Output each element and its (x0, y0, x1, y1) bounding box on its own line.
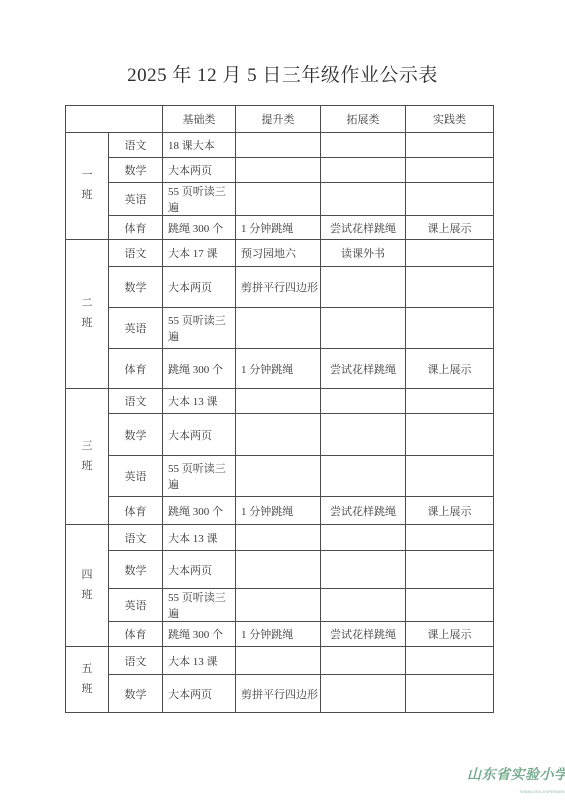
school-logo: 山东省实验小学 SHANDONG EXPERIMENTAL PRIMARY SC… (467, 769, 561, 789)
homework-cell: 读课外书 (321, 240, 406, 267)
subject-cell: 体育 (109, 622, 163, 647)
subject-cell: 数学 (109, 267, 163, 308)
table-row: 数学大本两页剪拼平行四边形 (66, 267, 494, 308)
subject-cell: 语文 (109, 240, 163, 267)
homework-cell (236, 158, 321, 183)
table-row: 体育跳绳 300 个1 分钟跳绳尝试花样跳绳课上展示 (66, 622, 494, 647)
subject-cell: 体育 (109, 497, 163, 525)
homework-cell: 大本两页 (163, 158, 236, 183)
homework-cell: 大本 13 课 (163, 525, 236, 551)
homework-cell (321, 133, 406, 158)
homework-cell (406, 183, 494, 216)
homework-cell: 18 课大本 (163, 133, 236, 158)
homework-cell (321, 158, 406, 183)
page-title: 2025 年 12 月 5 日三年级作业公示表 (0, 60, 565, 87)
homework-cell: 跳绳 300 个 (163, 497, 236, 525)
homework-cell (236, 308, 321, 349)
homework-cell: 55 页听读三遍 (163, 456, 236, 497)
homework-cell: 剪拼平行四边形 (236, 675, 321, 713)
school-name-en: SHANDONG EXPERIMENTAL PRIMARY SCHOOL (467, 784, 561, 789)
subject-cell: 数学 (109, 551, 163, 589)
homework-cell: 跳绳 300 个 (163, 622, 236, 647)
homework-cell (406, 525, 494, 551)
homework-cell: 课上展示 (406, 497, 494, 525)
homework-cell (406, 267, 494, 308)
table-row: 数学大本两页剪拼平行四边形 (66, 675, 494, 713)
homework-cell (406, 158, 494, 183)
homework-cell (406, 589, 494, 622)
homework-cell: 55 页听读三遍 (163, 589, 236, 622)
homework-cell (406, 389, 494, 414)
homework-cell: 大本两页 (163, 414, 236, 456)
homework-cell (406, 647, 494, 675)
homework-table: 基础类 提升类 拓展类 实践类 一 班语文18 课大本数学大本两页英语55 页听… (65, 105, 494, 713)
homework-cell: 课上展示 (406, 622, 494, 647)
homework-cell (236, 551, 321, 589)
homework-cell (406, 414, 494, 456)
homework-cell (406, 240, 494, 267)
table-row: 三 班语文大本 13 课 (66, 389, 494, 414)
homework-cell: 1 分钟跳绳 (236, 622, 321, 647)
table-body: 一 班语文18 课大本数学大本两页英语55 页听读三遍体育跳绳 300 个1 分… (66, 133, 494, 713)
homework-cell: 尝试花样跳绳 (321, 622, 406, 647)
table-row: 二 班语文大本 17 课预习园地六读课外书 (66, 240, 494, 267)
homework-cell (321, 456, 406, 497)
header-cell-expand: 拓展类 (321, 106, 406, 133)
homework-cell (406, 675, 494, 713)
subject-cell: 体育 (109, 349, 163, 389)
homework-cell: 1 分钟跳绳 (236, 497, 321, 525)
homework-cell: 大本两页 (163, 675, 236, 713)
homework-cell (321, 551, 406, 589)
subject-cell: 英语 (109, 183, 163, 216)
homework-cell: 1 分钟跳绳 (236, 349, 321, 389)
table-row: 体育跳绳 300 个1 分钟跳绳尝试花样跳绳课上展示 (66, 216, 494, 240)
subject-cell: 语文 (109, 525, 163, 551)
homework-cell (321, 525, 406, 551)
homework-cell (236, 589, 321, 622)
table-row: 体育跳绳 300 个1 分钟跳绳尝试花样跳绳课上展示 (66, 349, 494, 389)
subject-cell: 数学 (109, 158, 163, 183)
homework-cell (236, 525, 321, 551)
subject-cell: 体育 (109, 216, 163, 240)
homework-cell: 1 分钟跳绳 (236, 216, 321, 240)
homework-cell: 尝试花样跳绳 (321, 216, 406, 240)
homework-cell: 课上展示 (406, 216, 494, 240)
homework-cell (321, 647, 406, 675)
table-row: 英语55 页听读三遍 (66, 183, 494, 216)
homework-cell (236, 183, 321, 216)
table-row: 数学大本两页 (66, 158, 494, 183)
homework-cell (236, 133, 321, 158)
homework-cell: 尝试花样跳绳 (321, 497, 406, 525)
table-row: 英语55 页听读三遍 (66, 589, 494, 622)
table-row: 四 班语文大本 13 课 (66, 525, 494, 551)
homework-cell: 剪拼平行四边形 (236, 267, 321, 308)
homework-cell: 大本两页 (163, 267, 236, 308)
header-row: 基础类 提升类 拓展类 实践类 (66, 106, 494, 133)
subject-cell: 语文 (109, 647, 163, 675)
homework-cell (321, 183, 406, 216)
class-cell: 五 班 (66, 647, 109, 713)
header-cell-practice: 实践类 (406, 106, 494, 133)
homework-cell: 大本 13 课 (163, 389, 236, 414)
homework-cell (236, 414, 321, 456)
homework-cell: 课上展示 (406, 349, 494, 389)
homework-cell: 跳绳 300 个 (163, 216, 236, 240)
table-row: 数学大本两页 (66, 414, 494, 456)
homework-cell (406, 551, 494, 589)
table-row: 英语55 页听读三遍 (66, 308, 494, 349)
homework-cell (321, 389, 406, 414)
homework-cell (321, 414, 406, 456)
homework-cell (321, 589, 406, 622)
homework-cell: 大本 13 课 (163, 647, 236, 675)
class-cell: 二 班 (66, 240, 109, 389)
class-cell: 一 班 (66, 133, 109, 240)
class-cell: 三 班 (66, 389, 109, 525)
homework-cell: 跳绳 300 个 (163, 349, 236, 389)
document-page: 2025 年 12 月 5 日三年级作业公示表 基础类 提升类 拓展类 实践类 … (0, 0, 565, 800)
table-row: 数学大本两页 (66, 551, 494, 589)
school-name-cn: 山东省实验小学 (467, 769, 561, 783)
table-row: 五 班语文大本 13 课 (66, 647, 494, 675)
homework-cell (236, 647, 321, 675)
subject-cell: 数学 (109, 675, 163, 713)
homework-cell: 大本两页 (163, 551, 236, 589)
table-row: 英语55 页听读三遍 (66, 456, 494, 497)
class-cell: 四 班 (66, 525, 109, 647)
subject-cell: 英语 (109, 589, 163, 622)
homework-cell (321, 267, 406, 308)
subject-cell: 语文 (109, 389, 163, 414)
homework-cell (406, 133, 494, 158)
homework-cell (321, 675, 406, 713)
homework-cell (321, 308, 406, 349)
homework-cell (236, 389, 321, 414)
header-cell-improve: 提升类 (236, 106, 321, 133)
homework-cell: 55 页听读三遍 (163, 308, 236, 349)
homework-cell (406, 456, 494, 497)
header-cell-basic: 基础类 (163, 106, 236, 133)
subject-cell: 英语 (109, 456, 163, 497)
homework-cell (236, 456, 321, 497)
homework-cell: 大本 17 课 (163, 240, 236, 267)
subject-cell: 语文 (109, 133, 163, 158)
corner-cell (66, 106, 163, 133)
homework-cell (406, 308, 494, 349)
subject-cell: 英语 (109, 308, 163, 349)
table-row: 一 班语文18 课大本 (66, 133, 494, 158)
subject-cell: 数学 (109, 414, 163, 456)
homework-cell: 预习园地六 (236, 240, 321, 267)
homework-cell: 尝试花样跳绳 (321, 349, 406, 389)
homework-cell: 55 页听读三遍 (163, 183, 236, 216)
table-row: 体育跳绳 300 个1 分钟跳绳尝试花样跳绳课上展示 (66, 497, 494, 525)
